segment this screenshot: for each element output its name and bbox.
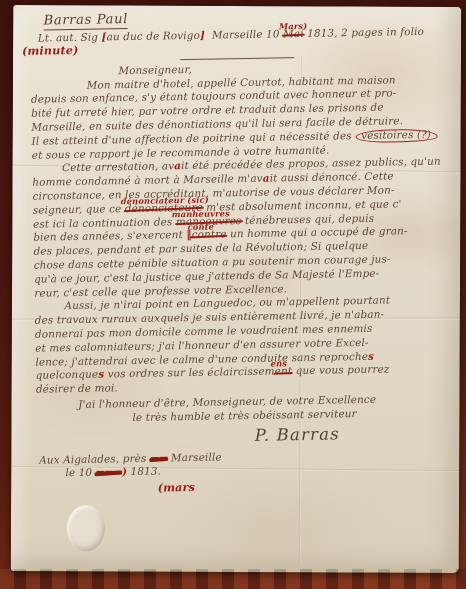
struck-word: ent bbox=[275, 366, 293, 378]
header-divider bbox=[180, 57, 294, 60]
letter-line: (mars bbox=[158, 476, 462, 494]
text-segment: ténébreuses qui, depuis bbox=[241, 212, 374, 226]
red-annotation: (minute) bbox=[22, 43, 79, 58]
text-segment: Cette arrestation, av bbox=[62, 161, 174, 175]
text-segment: est ici la continuation des bbox=[33, 216, 176, 230]
letter-page: Barras PaulLt. aut. Sig [au duc de Rovig… bbox=[11, 5, 461, 573]
letter-text: Barras PaulLt. aut. Sig [au duc de Rovig… bbox=[13, 5, 461, 497]
embossed-seal bbox=[67, 505, 105, 551]
text-segment: seigneur, que ce bbox=[33, 203, 125, 217]
text-segment: un homme qui a occupé de gran- bbox=[227, 226, 408, 241]
text-segment: m'est absolument inconnu, et que c' bbox=[203, 198, 402, 213]
text-segment: Aux Aigalades, près bbox=[39, 452, 150, 466]
text-segment: le très humble et très obéissant servite… bbox=[132, 408, 356, 424]
text-segment: 1813. bbox=[127, 466, 161, 479]
text-segment: P. Barras bbox=[255, 424, 340, 444]
text-segment: Marseille bbox=[167, 451, 221, 464]
text-segment: que vous pourrez bbox=[292, 364, 389, 378]
circled-word: vésitoires (?) bbox=[355, 128, 437, 142]
struck-word: Mai bbox=[283, 28, 304, 40]
photo-background: Barras PaulLt. aut. Sig [au duc de Rovig… bbox=[0, 0, 466, 589]
red-annotation: s bbox=[368, 350, 374, 362]
struck-word: contre bbox=[192, 229, 227, 242]
text-segment: désirer de moi. bbox=[36, 382, 118, 395]
underlined-heading: Barras Paul bbox=[43, 12, 128, 30]
text-segment: Monseigneur, bbox=[118, 64, 192, 77]
red-annotation: (mars bbox=[158, 480, 196, 495]
text-segment: quelconque bbox=[36, 369, 99, 382]
letter-line: P. Barras bbox=[255, 421, 462, 447]
text-segment: vos ordres sur les éclaircissem bbox=[104, 366, 275, 381]
text-segment: it aussi dénoncé. Cette bbox=[270, 171, 394, 185]
text-segment: bien des années, s'exercent bbox=[33, 229, 186, 244]
text-segment: le 10 bbox=[65, 467, 95, 480]
red-scribble: ▬▬▬ bbox=[96, 467, 123, 479]
red-scribble: ▬▬ bbox=[150, 452, 168, 464]
